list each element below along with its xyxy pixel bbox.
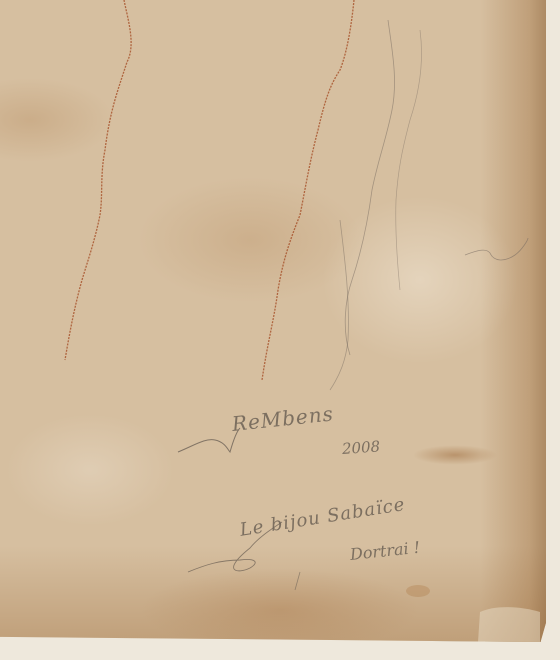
signature-date: 2008 <box>341 437 380 458</box>
red-chalk-drawing-lines <box>0 0 546 642</box>
aged-paper-sheet: ReMbens 2008 Le bijou Sabaïce Dortrai ! <box>0 0 546 642</box>
